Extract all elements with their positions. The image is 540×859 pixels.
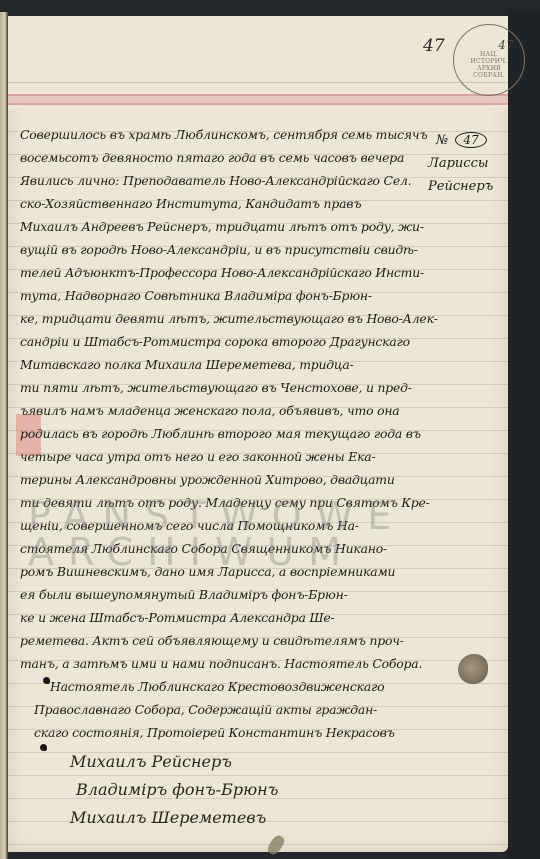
text-line: восемьсотъ девяносто пятаго года въ семь… bbox=[20, 146, 440, 169]
text-line: Михаилъ Андреевъ Рейснеръ, тридцати лѣтъ… bbox=[20, 215, 440, 238]
text-line: Явились лично: Преподаватель Ново-Алекса… bbox=[20, 169, 440, 192]
text-line: ке, тридцати девяти лѣтъ, жительствующаг… bbox=[20, 307, 440, 330]
archive-stamp: 47 НАЦ. ИСТОРИЧ. АРХИВ СОБРАН. bbox=[453, 24, 525, 96]
stamp-line: ИСТОРИЧ. bbox=[471, 58, 508, 65]
stamp-line: АРХИВ bbox=[477, 65, 501, 72]
record-number: 47 bbox=[455, 132, 486, 148]
record-body: Совершилось въ храмѣ Люблинскомъ, сентяб… bbox=[20, 123, 440, 744]
text-line: родилась въ городѣ Люблинѣ второго мая т… bbox=[20, 422, 440, 445]
text-line: ти девяти лѣтъ отъ роду. Младенцу сему п… bbox=[20, 491, 440, 514]
text-line: ъявилъ намъ младенца женскаго пола, объя… bbox=[20, 399, 440, 422]
margin-surname: Рейснеръ bbox=[428, 179, 518, 194]
stamp-line: СОБРАН. bbox=[473, 72, 505, 79]
text-line: терины Александровны урожденной Хитрово,… bbox=[20, 468, 440, 491]
ink-mark-icon bbox=[43, 677, 50, 684]
text-line: ско-Хозяйственнаго Института, Кандидатъ … bbox=[20, 192, 440, 215]
text-line: телей Адъюнктъ-Профессора Ново-Александр… bbox=[20, 261, 440, 284]
signature-witness-1: Владиміръ фонъ-Брюнъ bbox=[70, 776, 278, 804]
text-line: танъ, а затѣмъ ими и нами подписанъ. Нас… bbox=[20, 652, 440, 675]
margin-name: Лариссы bbox=[428, 156, 518, 171]
ink-mark-icon bbox=[40, 744, 47, 751]
text-line: ти пяти лѣтъ, жительствующаго въ Ченстох… bbox=[20, 376, 440, 399]
book-binding-edge bbox=[0, 12, 8, 859]
closing-line: Настоятель Люблинскаго Крестовоздвиженск… bbox=[20, 675, 440, 698]
text-line: Совершилось въ храмѣ Люблинскомъ, сентяб… bbox=[20, 123, 440, 146]
closing-line: Православнаго Собора, Содержащій акты гр… bbox=[20, 698, 440, 721]
text-line: стоятеля Люблинскаго Собора Священникомъ… bbox=[20, 537, 440, 560]
red-margin-rule bbox=[8, 94, 508, 105]
header-rule bbox=[8, 82, 508, 83]
stamp-number: 47 bbox=[498, 42, 514, 49]
signature-father: Михаилъ Рейснеръ bbox=[70, 748, 278, 776]
text-line: четыре часа утра отъ него и его законной… bbox=[20, 445, 440, 468]
text-line: ке и жена Штабсъ-Ротмистра Александра Ше… bbox=[20, 606, 440, 629]
text-line: Митавскаго полка Михаила Шереметева, три… bbox=[20, 353, 440, 376]
closing-line: скаго состоянія, Протоіерей Константинъ … bbox=[20, 721, 440, 744]
document-page: 47 47 НАЦ. ИСТОРИЧ. АРХИВ СОБРАН. № 47 Л… bbox=[8, 16, 508, 852]
signatures: Михаилъ Рейснеръ Владиміръ фонъ-Брюнъ Ми… bbox=[70, 748, 278, 832]
stamp-line: НАЦ. bbox=[480, 51, 498, 58]
text-line: тута, Надворнаго Совѣтника Владиміра фон… bbox=[20, 284, 440, 307]
text-line: ея были вышеупомянутый Владиміръ фонъ-Бр… bbox=[20, 583, 440, 606]
page-number: 47 bbox=[423, 36, 445, 56]
signature-witness-2: Михаилъ Шереметевъ bbox=[70, 804, 278, 832]
text-line: щеніи, совершенномъ сего числа Помощнико… bbox=[20, 514, 440, 537]
text-line: ромъ Вишневскимъ, дано имя Ларисса, а во… bbox=[20, 560, 440, 583]
margin-entry: № 47 Лариссы Рейснеръ bbox=[428, 129, 518, 194]
text-line: сандріи и Штабсъ-Ротмистра сорока второг… bbox=[20, 330, 440, 353]
text-line: вущій въ городѣ Ново-Александріи, и въ п… bbox=[20, 238, 440, 261]
wax-seal bbox=[458, 654, 488, 684]
text-line: реметева. Актъ сей объявляющему и свидѣт… bbox=[20, 629, 440, 652]
